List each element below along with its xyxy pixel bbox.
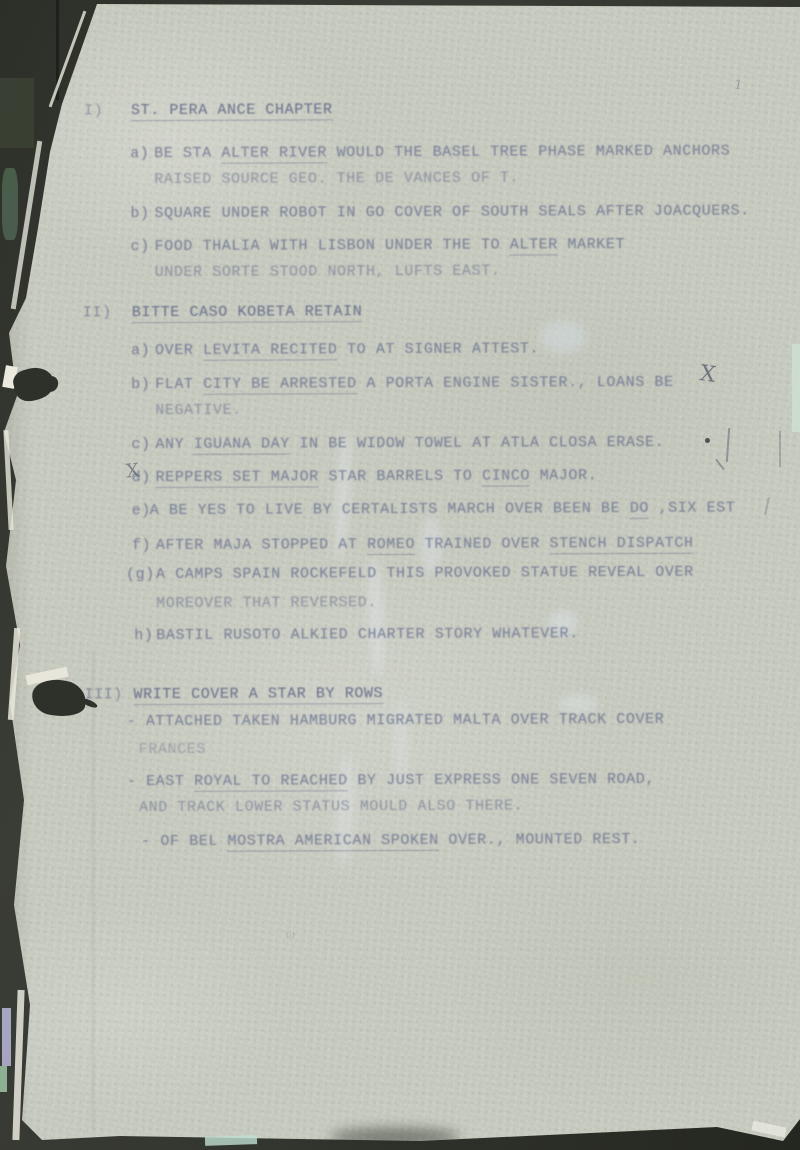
- section-3-label: III): [84, 686, 122, 703]
- text-segment: AFTER MAJA STOPPED AT: [156, 536, 367, 554]
- pen-dot: [705, 438, 710, 443]
- text-segment: BITTE CASO KOBETA RETAIN: [132, 303, 363, 323]
- section-3-heading: WRITE COVER A STAR BY ROWS: [133, 685, 383, 703]
- text-segment: BY JUST EXPRESS ONE SEVEN ROAD,: [348, 771, 655, 789]
- typed-line: UNDER SORTE STOOD NORTH, LUFTS EAST.: [155, 263, 501, 282]
- section-2-label: II): [83, 304, 112, 321]
- text-segment: BASTIL RUSOTO ALKIED CHARTER STORY WHATE…: [156, 625, 579, 644]
- text-segment: A BE YES TO LIVE BY CERTALISTS MARCH OVE…: [150, 500, 630, 519]
- text-segment: A CAMPS SPAIN ROCKEFELD THIS PROVOKED ST…: [156, 564, 694, 583]
- text-segment: REPPERS SET MAJOR: [156, 468, 319, 488]
- typed-line: OVER LEVITA RECITED TO AT SIGNER ATTEST.: [155, 340, 539, 359]
- item-label: (g): [126, 566, 155, 583]
- typed-line: ANY IGUANA DAY IN BE WIDOW TOWEL AT ATLA…: [155, 434, 664, 453]
- section-2-heading: BITTE CASO KOBETA RETAIN: [132, 303, 363, 321]
- text-segment: BE STA: [154, 145, 221, 162]
- text-segment: CINCO: [482, 467, 530, 486]
- item-label: b): [131, 376, 150, 393]
- text-segment: - OF BEL: [141, 833, 227, 850]
- item-label: e): [132, 502, 151, 519]
- typed-line: MOREOVER THAT REVERSED.: [156, 594, 377, 612]
- text-segment: A PORTA ENGINE SISTER., LOANS BE: [357, 374, 674, 392]
- pen-stroke-margin: [779, 431, 781, 467]
- typed-line: - EAST ROYAL TO REACHED BY JUST EXPRESS …: [127, 771, 655, 790]
- text-segment: WOULD THE BASEL TREE PHASE MARKED ANCHOR…: [327, 143, 730, 162]
- text-segment: MAJOR.: [530, 467, 597, 484]
- text-segment: MARKET: [558, 236, 625, 253]
- item-label: h): [134, 627, 153, 644]
- text-segment: MOSTRA AMERICAN SPOKEN: [228, 832, 439, 852]
- text-segment: OVER., MOUNTED REST.: [439, 831, 641, 849]
- handwritten-x-over-label: X: [125, 459, 141, 482]
- item-label: a): [131, 342, 150, 359]
- item-label: a): [130, 145, 149, 162]
- text-segment: TO AT SIGNER ATTEST.: [337, 340, 539, 358]
- typed-line: REPPERS SET MAJOR STAR BARRELS TO CINCO …: [156, 467, 598, 486]
- text-segment: FRANCES: [139, 741, 206, 758]
- typed-line: FOOD THALIA WITH LISBON UNDER THE TO ALT…: [155, 236, 626, 255]
- scanned-document-page: I) ST. PERA ANCE CHAPTER a) BE STA ALTER…: [0, 0, 800, 1150]
- typed-text-block: I) ST. PERA ANCE CHAPTER a) BE STA ALTER…: [0, 0, 800, 1150]
- text-segment: ROMEO: [367, 536, 415, 555]
- text-segment: UNDER SORTE STOOD NORTH, LUFTS EAST.: [155, 263, 501, 282]
- typed-line: A CAMPS SPAIN ROCKEFELD THIS PROVOKED ST…: [156, 564, 694, 583]
- typed-line: AND TRACK LOWER STATUS MOULD ALSO THERE.: [139, 797, 523, 816]
- text-segment: ST. PERA ANCE CHAPTER: [131, 101, 333, 121]
- text-segment: WRITE COVER A STAR BY ROWS: [133, 685, 383, 705]
- text-segment: OVER: [155, 342, 203, 359]
- item-label: b): [130, 205, 149, 222]
- text-segment: - EAST: [127, 773, 194, 790]
- typed-line: BASTIL RUSOTO ALKIED CHARTER STORY WHATE…: [156, 625, 579, 644]
- typed-line: SQUARE UNDER ROBOT IN GO COVER OF SOUTH …: [154, 202, 749, 222]
- text-segment: CITY BE ARRESTED: [203, 375, 357, 395]
- text-segment: LEVITA RECITED: [203, 341, 338, 361]
- text-segment: TRAINED OVER: [415, 535, 549, 553]
- text-segment: IN BE WIDOW TOWEL AT ATLA CLOSA ERASE.: [290, 434, 665, 453]
- item-label: f): [132, 537, 151, 554]
- typed-line: AFTER MAJA STOPPED AT ROMEO TRAINED OVER…: [156, 535, 694, 554]
- text-segment: AND TRACK LOWER STATUS MOULD ALSO THERE.: [139, 797, 523, 816]
- text-segment: IGUANA DAY: [194, 435, 290, 454]
- section-1-label: I): [84, 102, 103, 119]
- text-segment: FLAT: [155, 376, 203, 393]
- typed-line: - OF BEL MOSTRA AMERICAN SPOKEN OVER., M…: [141, 831, 640, 850]
- text-segment: ,SIX EST: [649, 500, 735, 517]
- typed-line: - ATTACHED TAKEN HAMBURG MIGRATED MALTA …: [127, 711, 665, 730]
- text-segment: FOOD THALIA WITH LISBON UNDER THE TO: [155, 237, 510, 256]
- text-segment: ANY: [155, 436, 193, 453]
- typed-line: A BE YES TO LIVE BY CERTALISTS MARCH OVE…: [150, 500, 736, 520]
- section-1-heading: ST. PERA ANCE CHAPTER: [131, 101, 333, 119]
- text-segment: STAR BARRELS TO: [319, 468, 482, 486]
- text-segment: - ATTACHED TAKEN HAMBURG MIGRATED MALTA …: [127, 711, 665, 730]
- text-segment: SQUARE UNDER ROBOT IN GO COVER OF SOUTH …: [154, 202, 749, 222]
- text-segment: MOREOVER THAT REVERSED.: [156, 594, 377, 612]
- item-label: c): [131, 436, 150, 453]
- faint-scribble: ω: [286, 928, 295, 941]
- text-segment: ALTER RIVER: [221, 144, 327, 163]
- text-segment: DO: [630, 500, 649, 519]
- text-segment: NEGATIVE.: [155, 402, 241, 419]
- text-segment: STENCH DISPATCH: [550, 535, 694, 555]
- text-segment: RAISED SOURCE GEO. THE DE VANCES OF T.: [154, 169, 519, 188]
- typed-line: RAISED SOURCE GEO. THE DE VANCES OF T.: [154, 169, 519, 188]
- typed-line: BE STA ALTER RIVER WOULD THE BASEL TREE …: [154, 143, 730, 163]
- handwritten-x-mark: X: [698, 361, 717, 388]
- typed-line: NEGATIVE.: [155, 402, 241, 419]
- text-segment: ROYAL TO REACHED: [194, 772, 348, 792]
- typed-line: FLAT CITY BE ARRESTED A PORTA ENGINE SIS…: [155, 374, 674, 393]
- text-segment: ALTER: [510, 236, 558, 255]
- typed-line: FRANCES: [139, 741, 206, 758]
- item-label: c): [131, 238, 150, 255]
